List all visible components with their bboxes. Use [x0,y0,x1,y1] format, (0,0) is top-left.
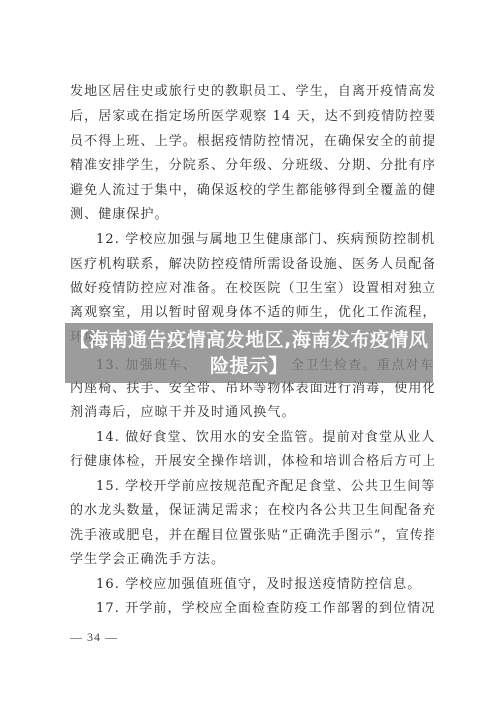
numbered-item-16: 16. 学校应加强值班值守，及时报送疫情防控信息。 [96,573,434,597]
body-line: 员不得上班、上学。根据疫情防控情况，在确保安全的前提下， [70,130,434,154]
numbered-item-12: 12. 学校应加强与属地卫生健康部门、疾病预防控制机构、 [96,228,434,252]
page-number: — 34 — [70,630,118,645]
numbered-item-17: 17. 开学前，学校应全面检查防疫工作部署的到位情况，再 [96,597,434,621]
body-line: 后，居家或在指定场所医学观察 14 天，达不到疫情防控要求的人 [70,105,434,129]
body-line: 剂消毒后，应晾干并及时通风换气。 [70,401,434,425]
title-overlay-banner: 【海南通告疫情高发地区,海南发布疫情风险提示】 [65,323,433,383]
numbered-item-15: 15. 学校开学前应按规范配齐配足食堂、公共卫生间等区域 [96,475,434,499]
body-line: 医疗机构联系，解决防控疫情所需设备设施、医务人员配备问题， [70,253,434,277]
body-line: 行健康体检，开展安全操作培训，体检和培训合格后方可上岗。 [70,450,434,474]
body-line: 避免人流过于集中，确保返校的学生都能够得到全覆盖的健康监 [70,179,434,203]
body-line: 离观察室，用以暂时留观身体不适的师生，优化工作流程，做好 [70,301,434,325]
body-line: 洗手液或肥皂，并在醒目位置张贴“正确洗手图示”，宣传指引 [70,524,434,548]
body-line: 做好疫情防控应对准备。在校医院（卫生室）设置相对独立的隔 [70,277,434,301]
document-page: 发地区居住史或旅行史的教职员工、学生，自离开疫情高发地区 后，居家或在指定场所医… [0,0,500,707]
body-line: 学生学会正确洗手方法。 [70,548,434,572]
body-line: 发地区居住史或旅行史的教职员工、学生，自离开疫情高发地区 [70,80,434,104]
body-line: 测、健康保护。 [70,203,434,227]
overlay-title: 【海南通告疫情高发地区,海南发布疫情风险提示】 [65,327,433,379]
body-line: 的水龙头数量，保证满足需求；在校内各公共卫生间配备充足的 [70,499,434,523]
body-line: 精准安排学生，分院系、分年级、分班级、分期、分批有序返校， [70,154,434,178]
numbered-item-14: 14. 做好食堂、饮用水的安全监管。提前对食堂从业人员进 [96,426,434,450]
